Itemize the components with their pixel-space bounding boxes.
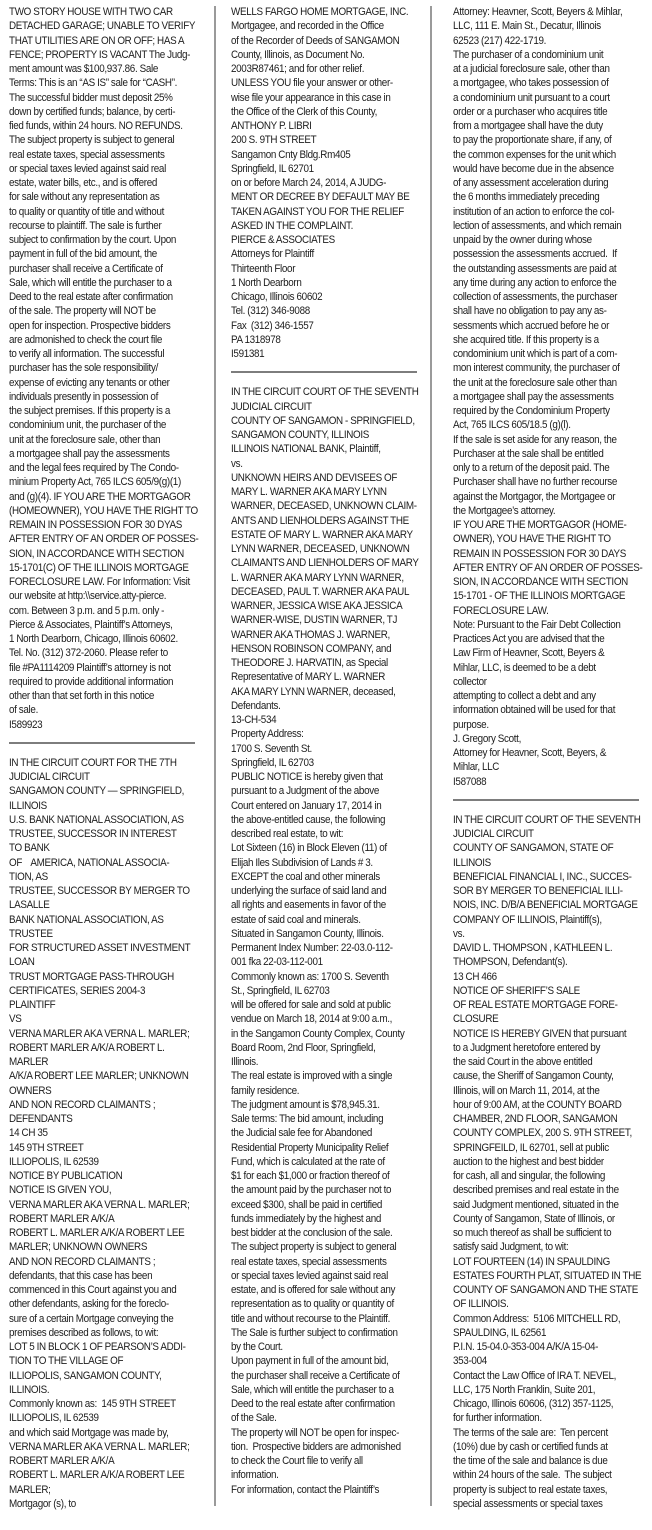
text-line: ILLINOIS NATIONAL BANK, Plaintiff, [231, 442, 417, 456]
text-line: WARNER, DECEASED, UNKNOWN CLAIM- [231, 499, 417, 513]
text-line: title and without recourse to the Plaint… [231, 1312, 417, 1326]
text-line: DECEASED, PAUL T. WARNER AKA PAUL [231, 585, 417, 599]
text-line: TION, AS [9, 870, 195, 884]
text-line: 1 North Dearborn [231, 276, 417, 290]
text-line: Purchaser at the sale shall be entitled [453, 447, 639, 461]
text-line: THOMPSON, Defendant(s). [453, 955, 639, 969]
text-line: PLAINTIFF [9, 998, 195, 1012]
text-line: down by certified funds; balance, by cer… [9, 105, 195, 119]
text-line: vendue on March 18, 2014 at 9:00 a.m., [231, 1012, 417, 1026]
text-line: LOT FOURTEEN (14) IN SPAULDING [453, 1255, 639, 1269]
text-line: at a judicial foreclosure sale, other th… [453, 62, 639, 76]
notice-warner-public-sale-continued: Attorney: Heavner, Scott, Beyers & Mihla… [453, 5, 639, 789]
column-3: Attorney: Heavner, Scott, Beyers & Mihla… [453, 5, 639, 1511]
text-line: the unit at the foreclosure sale other t… [453, 376, 639, 390]
text-line: EXCEPT the coal and other minerals [231, 870, 417, 884]
text-line: MARLER; UNKNOWN OWNERS [9, 1240, 195, 1254]
text-line: a condominium unit pursuant to a court [453, 91, 639, 105]
text-line: possession the assessments accrued. If [453, 247, 639, 261]
text-line: satisfy said Judgment, to wit: [453, 1240, 639, 1254]
text-line: against the Mortgagor, the Mortgagee or [453, 490, 639, 504]
text-line: property is subject to real estate taxes… [453, 1483, 639, 1497]
text-line: premises described as follows, to wit: [9, 1326, 195, 1340]
text-line: Lot Sixteen (16) in Block Eleven (11) of [231, 841, 417, 855]
text-line: A/K/A ROBERT LEE MARLER; UNKNOWN [9, 1069, 195, 1083]
text-line: NOTICE IS GIVEN YOU, [9, 1183, 195, 1197]
text-line: the said Court in the above entitled [453, 1055, 639, 1069]
text-line: attempting to collect a debt and any [453, 689, 639, 703]
text-line: defendants, that this case has been [9, 1269, 195, 1283]
text-line: and (g)(4). IF YOU ARE THE MORTGAGOR [9, 490, 195, 504]
text-line: payment in full of the bid amount, the [9, 247, 195, 261]
text-line: TO BANK [9, 841, 195, 855]
text-line: Springfield, IL 62701 [231, 162, 417, 176]
text-line: OF REAL ESTATE MORTGAGE FORE- [453, 998, 639, 1012]
text-line: The property will NOT be open for inspec… [231, 1426, 417, 1440]
text-line: Tel. (312) 346-9088 [231, 304, 417, 318]
text-line: REMAIN IN POSSESSION FOR 30 DYAS [9, 518, 195, 532]
text-line: REMAIN IN POSSESSION FOR 30 DAYS [453, 547, 639, 561]
text-line: ROBERT L. MARLER A/K/A ROBERT LEE [9, 1226, 195, 1240]
text-line: BENEFICIAL FINANCIAL I, INC., SUCCES- [453, 870, 639, 884]
text-line: LASALLE [9, 898, 195, 912]
text-line: real estate taxes, special assessments [231, 1255, 417, 1269]
text-line: PA 1318978 [231, 333, 417, 347]
text-line: $1 for each $1,000 or fraction thereof o… [231, 1169, 417, 1183]
text-line: Act, 765 ILCS 605/18.5 (g)(l). [453, 418, 639, 432]
text-line: all rights and easements in favor of the [231, 898, 417, 912]
text-line: Thirteenth Floor [231, 262, 417, 276]
text-line: If the sale is set aside for any reason,… [453, 433, 639, 447]
text-line: ANTS AND LIENHOLDERS AGAINST THE [231, 514, 417, 528]
text-line: vs. [231, 457, 417, 471]
text-line: MARLER [9, 1055, 195, 1069]
notice-warner-public-sale: IN THE CIRCUIT COURT OF THE SEVENTHJUDIC… [231, 385, 417, 1497]
text-line: Court entered on January 17, 2014 in [231, 799, 417, 813]
text-line: for further information. [453, 1411, 639, 1425]
text-line: ment amount was $100,937.86. Sale [9, 62, 195, 76]
text-line: pursuant to a Judgment of the above [231, 784, 417, 798]
text-line: Mihlar, LLC [453, 760, 639, 774]
text-line: other than that set forth in this notice [9, 689, 195, 703]
text-line: FORECLOSURE LAW. [453, 604, 639, 618]
text-line: for cash, all and singular, the followin… [453, 1169, 639, 1183]
text-line: PIERCE & ASSOCIATES [231, 233, 417, 247]
text-line: I591381 [231, 347, 417, 361]
text-line: the 6 months immediately preceding [453, 190, 639, 204]
text-line: file #PA1114209 Plaintiff’s attorney is … [9, 661, 195, 675]
text-line: COMPANY OF ILLINOIS, Plaintiff(s), [453, 913, 639, 927]
text-line: minium Property Act, 765 ILCS 605/9(g)(1… [9, 475, 195, 489]
text-line: to a Judgment heretofore entered by [453, 1041, 639, 1055]
text-line: wise file your appearance in this case i… [231, 91, 417, 105]
text-line: SANGAMON COUNTY, ILLINOIS [231, 428, 417, 442]
text-line: VERNA MARLER AKA VERNA L. MARLER; [9, 1027, 195, 1041]
text-line: estate of said coal and minerals. [231, 913, 417, 927]
text-line: expense of evicting any tenants or other [9, 376, 195, 390]
text-line: best bidder at the conclusion of the sal… [231, 1226, 417, 1240]
text-line: would have become due in the absence [453, 162, 639, 176]
text-line: in the Sangamon County Complex, County [231, 1027, 417, 1041]
text-line: IN THE CIRCUIT COURT OF THE SEVENTH [231, 385, 417, 399]
text-line: purchaser has the sole responsibility/ [9, 361, 195, 375]
text-line: L. WARNER AKA MARY LYNN WARNER, [231, 571, 417, 585]
text-line: will be offered for sale and sold at pub… [231, 998, 417, 1012]
text-line: collector [453, 675, 639, 689]
text-line: of the Recorder of Deeds of SANGAMON [231, 34, 417, 48]
text-line: to verify all information. The successfu… [9, 347, 195, 361]
text-line: VERNA MARLER AKA VERNA L. MARLER; [9, 1198, 195, 1212]
text-line: said Judgment mentioned, situated in the [453, 1198, 639, 1212]
text-line: Tel. No. (312) 372-2060. Please refer to [9, 646, 195, 660]
text-line: LOT 5 IN BLOCK 1 OF PEARSON’S ADDI- [9, 1340, 195, 1354]
text-line: TAKEN AGAINST YOU FOR THE RELIEF [231, 205, 417, 219]
text-line: OWNER), YOU HAVE THE RIGHT TO [453, 532, 639, 546]
text-line: condominium unit, the purchaser of the [9, 418, 195, 432]
text-line: hour of 9:00 AM, at the COUNTY BOARD [453, 1098, 639, 1112]
text-line: commenced in this Court against you and [9, 1283, 195, 1297]
text-line: Chicago, Illinois 60602 [231, 290, 417, 304]
text-line: J. Gregory Scott, [453, 732, 639, 746]
text-line: or special taxes levied against said rea… [231, 1269, 417, 1283]
text-line: the above-entitled cause, the following [231, 813, 417, 827]
text-line: VS [9, 1012, 195, 1026]
text-line: estate, and is offered for sale without … [231, 1283, 417, 1297]
text-line: any time during any action to enforce th… [453, 276, 639, 290]
text-line: Commonly known as: 1700 S. Seventh [231, 970, 417, 984]
text-line: 353-004 [453, 1354, 639, 1368]
text-line: and the legal fees required by The Condo… [9, 461, 195, 475]
text-line: NOIS, INC. D/B/A BENEFICIAL MORTGAGE [453, 898, 639, 912]
text-line: TRUSTEE, SUCCESSOR BY MERGER TO [9, 884, 195, 898]
notice-foreclosure-sale-continued: TWO STORY HOUSE WITH TWO CARDETACHED GAR… [9, 5, 195, 732]
text-line: the common expenses for the unit which [453, 148, 639, 162]
text-line: WARNER AKA THOMAS J. WARNER, [231, 628, 417, 642]
text-line: MENT OR DECREE BY DEFAULT MAY BE [231, 190, 417, 204]
text-line: ILLINOIS [9, 799, 195, 813]
text-line: purpose. [453, 718, 639, 732]
text-line: Law Firm of Heavner, Scott, Beyers & [453, 646, 639, 660]
text-line: Sale, which will entitle the purchaser t… [9, 276, 195, 290]
text-line: Note: Pursuant to the Fair Debt Collecti… [453, 618, 639, 632]
text-line: JUDICIAL CIRCUIT [231, 400, 417, 414]
text-line: Commonly known as: 145 9TH STREET [9, 1397, 195, 1411]
text-line: fied funds, within 24 hours. NO REFUNDS. [9, 119, 195, 133]
text-line: AND NON RECORD CLAIMANTS ; [9, 1098, 195, 1112]
text-line: SANGAMON COUNTY — SPRINGFIELD, [9, 784, 195, 798]
text-line: PUBLIC NOTICE is hereby given that [231, 770, 417, 784]
text-line: ROBERT MARLER A/K/A ROBERT L. [9, 1041, 195, 1055]
text-line: a mortgagee shall pay the assessments [9, 447, 195, 461]
text-line: ROBERT MARLER A/K/A [9, 1212, 195, 1226]
text-line: recourse to plaintiff. The sale is furth… [9, 219, 195, 233]
text-line: or special taxes levied against said rea… [9, 162, 195, 176]
text-line: LLC, 111 E. Main St., Decatur, Illinois [453, 19, 639, 33]
text-line: so much thereof as shall be sufficient t… [453, 1226, 639, 1240]
text-line: ROBERT MARLER A/K/A [9, 1454, 195, 1468]
text-line: cause, the Sheriff of Sangamon County, [453, 1069, 639, 1083]
text-line: MARY L. WARNER AKA MARY LYNN [231, 485, 417, 499]
text-line: UNKNOWN HEIRS AND DEVISEES OF [231, 471, 417, 485]
text-line: by the Court. [231, 1340, 417, 1354]
text-line: Illinois. [231, 1055, 417, 1069]
text-line: LOAN [9, 955, 195, 969]
text-line: CLOSURE [453, 1012, 639, 1026]
text-line: UNLESS YOU file your answer or other- [231, 76, 417, 90]
text-line: 13 CH 466 [453, 970, 639, 984]
text-line: Residential Property Municipality Relief [231, 1141, 417, 1155]
text-line: U.S. BANK NATIONAL ASSOCIATION, AS [9, 813, 195, 827]
text-line: 145 9TH STREET [9, 1141, 195, 1155]
text-line: of the Sale. [231, 1411, 417, 1425]
text-line: County of Sangamon, State of Illinois, o… [453, 1212, 639, 1226]
text-line: 2003R87461; and for other relief. [231, 62, 417, 76]
text-line: JUDICIAL CIRCUIT [453, 827, 639, 841]
notice-separator [9, 742, 195, 744]
text-line: COUNTY COMPLEX, 200 S. 9TH STREET, [453, 1126, 639, 1140]
text-line: the time of the sale and balance is due [453, 1454, 639, 1468]
text-line: com. Between 3 p.m. and 5 p.m. only - [9, 604, 195, 618]
text-line: THEODORE J. HARVATIN, as Special [231, 656, 417, 670]
text-line: FOR STRUCTURED ASSET INVESTMENT [9, 941, 195, 955]
text-line: MARLER; [9, 1483, 195, 1497]
text-line: Sale, which will entitle the purchaser t… [231, 1383, 417, 1397]
text-line: AFTER ENTRY OF AN ORDER OF POSSES- [453, 561, 639, 575]
text-line: within 24 hours of the sale. The subject [453, 1468, 639, 1482]
text-line: TRUST MORTGAGE PASS-THROUGH [9, 970, 195, 984]
text-line: Chicago, Illinois 60606, (312) 357-1125, [453, 1397, 639, 1411]
text-line: CLAIMANTS AND LIENHOLDERS OF MARY [231, 556, 417, 570]
text-line: The real estate is improved with a singl… [231, 1069, 417, 1083]
text-line: the subject premises. If this property i… [9, 404, 195, 418]
text-line: the Office of the Clerk of this County, [231, 105, 417, 119]
text-line: a mortgagee shall pay the assessments [453, 390, 639, 404]
text-line: Purchaser shall have no further recourse [453, 475, 639, 489]
text-line: WARNER-WISE, DUSTIN WARNER, TJ [231, 613, 417, 627]
text-line: of sale. [9, 703, 195, 717]
text-line: exceed $300, shall be paid in certified [231, 1198, 417, 1212]
text-line: Deed to the real estate after confirmati… [231, 1397, 417, 1411]
text-line: FORECLOSURE LAW. For Information: Visit [9, 575, 195, 589]
text-line: NOTICE IS HEREBY GIVEN that pursuant [453, 1027, 639, 1041]
text-line: Sale terms: The bid amount, including [231, 1112, 417, 1126]
text-line: (10%) due by cash or certified funds at [453, 1440, 639, 1454]
text-line: DETACHED GARAGE; UNABLE TO VERIFY [9, 19, 195, 33]
text-line: ESTATES FOURTH PLAT, SITUATED IN THE [453, 1269, 639, 1283]
text-line: subject to confirmation by the court. Up… [9, 233, 195, 247]
text-line: FENCE; PROPERTY IS VACANT The Judg- [9, 48, 195, 62]
text-line: she acquired title. If this property is … [453, 333, 639, 347]
text-line: Representative of MARY L. WARNER [231, 670, 417, 684]
text-line: of the sale. The property will NOT be [9, 304, 195, 318]
text-line: THAT UTILITIES ARE ON OR OFF; HAS A [9, 34, 195, 48]
text-line: The terms of the sale are: Ten percent [453, 1426, 639, 1440]
column-1: TWO STORY HOUSE WITH TWO CARDETACHED GAR… [9, 5, 195, 1511]
text-line: a mortgagee, who takes possession of [453, 76, 639, 90]
text-line: ILLINOIS. [9, 1383, 195, 1397]
text-line: SION, IN ACCORDANCE WITH SECTION [9, 547, 195, 561]
text-line: BANK NATIONAL ASSOCIATION, AS [9, 913, 195, 927]
text-line: WELLS FARGO HOME MORTGAGE, INC. [231, 5, 417, 19]
text-line: SPRINGFEILD, IL 62701, sell at public [453, 1141, 639, 1155]
text-line: Permanent Index Number: 22-03.0-112- [231, 941, 417, 955]
text-line: of any assessment acceleration during [453, 176, 639, 190]
text-line: 001 fka 22-03-112-001 [231, 955, 417, 969]
text-line: Upon payment in full of the amount bid, [231, 1354, 417, 1368]
text-line: condominium unit which is part of a com- [453, 347, 639, 361]
text-line: to check the Court file to verify all [231, 1454, 417, 1468]
text-line: OF ILLINOIS. [453, 1297, 639, 1311]
text-line: Pierce & Associates, Plaintiff’s Attorne… [9, 618, 195, 632]
text-line: special assessments or special taxes [453, 1497, 639, 1511]
notice-thompson-sheriff-sale: IN THE CIRCUIT COURT OF THE SEVENTHJUDIC… [453, 813, 639, 1511]
text-line: the amount paid by the purchaser not to [231, 1183, 417, 1197]
text-line: unpaid by the owner during whose [453, 233, 639, 247]
text-line: CHAMBER, 2ND FLOOR, SANGAMON [453, 1112, 639, 1126]
text-line: WARNER, JESSICA WISE AKA JESSICA [231, 599, 417, 613]
text-line: SOR BY MERGER TO BENEFICIAL ILLI- [453, 884, 639, 898]
text-line: Board Room, 2nd Floor, Springfield, [231, 1041, 417, 1055]
text-line: IN THE CIRCUIT COURT FOR THE 7TH [9, 756, 195, 770]
text-line: institution of an action to enforce the … [453, 205, 639, 219]
text-line: Defendants. [231, 699, 417, 713]
text-line: individuals presently in possession of [9, 390, 195, 404]
notice-separator [231, 371, 417, 373]
text-line: vs. [453, 927, 639, 941]
text-line: for sale without any representation as [9, 190, 195, 204]
text-line: ILLIOPOLIS, SANGAMON COUNTY, [9, 1369, 195, 1383]
text-line: DAVID L. THOMPSON , KATHLEEN L. [453, 941, 639, 955]
text-line: The judgment amount is $78,945.31. [231, 1098, 417, 1112]
text-line: Attorney: Heavner, Scott, Beyers & Mihla… [453, 5, 639, 19]
text-line: underlying the surface of said land and [231, 884, 417, 898]
text-line: Contact the Law Office of IRA T. NEVEL, [453, 1369, 639, 1383]
text-line: IF YOU ARE THE MORTGAGOR (HOME- [453, 518, 639, 532]
text-line: (HOMEOWNER), YOU HAVE THE RIGHT TO [9, 504, 195, 518]
text-line: 14 CH 35 [9, 1126, 195, 1140]
text-line: HENSON ROBINSON COMPANY, and [231, 642, 417, 656]
text-line: 1 North Dearborn, Chicago, Illinois 6060… [9, 632, 195, 646]
text-line: NOTICE OF SHERIFF’S SALE [453, 984, 639, 998]
text-line: estate, water bills, etc., and is offere… [9, 176, 195, 190]
text-line: Common Address: 5106 MITCHELL RD, [453, 1312, 639, 1326]
text-line: on or before March 24, 2014, A JUDG- [231, 176, 417, 190]
text-line: sure of a certain Mortgage conveying the [9, 1312, 195, 1326]
text-line: Deed to the real estate after confirmati… [9, 290, 195, 304]
notice-marler-publication-continued: WELLS FARGO HOME MORTGAGE, INC.Mortgagee… [231, 5, 417, 361]
text-line: I589923 [9, 718, 195, 732]
text-line: required by the Condominium Property [453, 404, 639, 418]
text-line: VERNA MARLER AKA VERNA L. MARLER; [9, 1440, 195, 1454]
text-line: the outstanding assessments are paid at [453, 262, 639, 276]
text-line: 200 S. 9TH STREET [231, 133, 417, 147]
text-line: lection of assessments, and which remain [453, 219, 639, 233]
text-line: P.I.N. 15-04.0-353-004 A/K/A 15-04- [453, 1340, 639, 1354]
text-line: Situated in Sangamon County, Illinois. [231, 927, 417, 941]
text-line: IN THE CIRCUIT COURT OF THE SEVENTH [453, 813, 639, 827]
text-line: are admonished to check the court file [9, 333, 195, 347]
text-line: the Judicial sale fee for Abandoned [231, 1126, 417, 1140]
text-line: 62523 (217) 422-1719. [453, 34, 639, 48]
text-line: described premises and real estate in th… [453, 1183, 639, 1197]
text-line: ILLINOIS [453, 856, 639, 870]
text-line: other defendants, asking for the foreclo… [9, 1297, 195, 1311]
text-line: unit at the foreclosure sale, other than [9, 433, 195, 447]
text-line: ASKED IN THE COMPLAINT. [231, 219, 417, 233]
text-line: only to a return of the deposit paid. Th… [453, 461, 639, 475]
text-line: LYNN WARNER, DECEASED, UNKNOWN [231, 542, 417, 556]
text-line: ILLIOPOLIS, IL 62539 [9, 1155, 195, 1169]
text-line: real estate taxes, special assessments [9, 148, 195, 162]
text-line: funds immediately by the highest and [231, 1212, 417, 1226]
text-line: Attorney for Heavner, Scott, Beyers, & [453, 746, 639, 760]
text-line: OF AMERICA, NATIONAL ASSOCIA- [9, 856, 195, 870]
text-line: 13-CH-534 [231, 713, 417, 727]
text-line: Mortgagor (s), to [9, 1497, 195, 1511]
text-line: County, Illinois, as Document No. [231, 48, 417, 62]
text-line: Property Address: [231, 727, 417, 741]
text-line: TRUSTEE, SUCCESSOR IN INTEREST [9, 827, 195, 841]
text-line: ESTATE OF MARY L. WARNER AKA MARY [231, 528, 417, 542]
text-line: described real estate, to wit: [231, 827, 417, 841]
text-line: SION, IN ACCORDANCE WITH SECTION [453, 575, 639, 589]
text-line: open for inspection. Prospective bidders [9, 319, 195, 333]
text-line: tion. Prospective bidders are admonished [231, 1440, 417, 1454]
column-divider-2 [430, 6, 432, 1506]
text-line: AND NON RECORD CLAIMANTS ; [9, 1255, 195, 1269]
text-line: Attorneys for Plaintiff [231, 247, 417, 261]
text-line: DEFENDANTS [9, 1112, 195, 1126]
text-line: LLC, 175 North Franklin, Suite 201, [453, 1383, 639, 1397]
text-line: Mihlar, LLC, is deemed to be a debt [453, 661, 639, 675]
text-line: and which said Mortgage was made by, [9, 1426, 195, 1440]
text-line: NOTICE BY PUBLICATION [9, 1169, 195, 1183]
text-line: COUNTY OF SANGAMON AND THE STATE [453, 1283, 639, 1297]
text-line: Terms: This is an “AS IS” sale for “CASH… [9, 76, 195, 90]
notice-separator [453, 799, 639, 801]
text-line: required to provide additional informati… [9, 675, 195, 689]
text-line: St., Springfield, IL 62703 [231, 984, 417, 998]
text-line: shall have no obligation to pay any as- [453, 304, 639, 318]
text-line: family residence. [231, 1084, 417, 1098]
text-line: collection of assessments, the purchaser [453, 290, 639, 304]
text-line: Sangamon Cnty Bldg.Rm405 [231, 148, 417, 162]
text-line: the purchaser shall receive a Certificat… [231, 1369, 417, 1383]
text-line: ROBERT L. MARLER A/K/A ROBERT LEE [9, 1468, 195, 1482]
text-line: The Sale is further subject to confirmat… [231, 1326, 417, 1340]
text-line: information obtained will be used for th… [453, 703, 639, 717]
text-line: TRUSTEE [9, 927, 195, 941]
text-line: to pay the proportionate share, if any, … [453, 133, 639, 147]
text-line: purchaser shall receive a Certificate of [9, 262, 195, 276]
text-line: Fax (312) 346-1557 [231, 319, 417, 333]
text-line: our website at http:\\service.atty-pierc… [9, 589, 195, 603]
text-line: Fund, which is calculated at the rate of [231, 1155, 417, 1169]
text-line: OWNERS [9, 1084, 195, 1098]
text-line: TWO STORY HOUSE WITH TWO CAR [9, 5, 195, 19]
text-line: information. [231, 1468, 417, 1482]
text-line: AKA MARY LYNN WARNER, deceased, [231, 685, 417, 699]
notice-marler-publication: IN THE CIRCUIT COURT FOR THE 7THJUDICIAL… [9, 756, 195, 1511]
text-line: For information, contact the Plaintiff’s [231, 1483, 417, 1497]
text-line: COUNTY OF SANGAMON - SPRINGFIELD, [231, 414, 417, 428]
column-divider-1 [214, 6, 216, 1506]
text-line: mon interest community, the purchaser of [453, 361, 639, 375]
column-2: WELLS FARGO HOME MORTGAGE, INC.Mortgagee… [231, 5, 417, 1497]
text-line: 15-1701 - OF THE ILLINOIS MORTGAGE [453, 589, 639, 603]
text-line: representation as to quality or quantity… [231, 1297, 417, 1311]
text-line: from a mortgagee shall have the duty [453, 119, 639, 133]
